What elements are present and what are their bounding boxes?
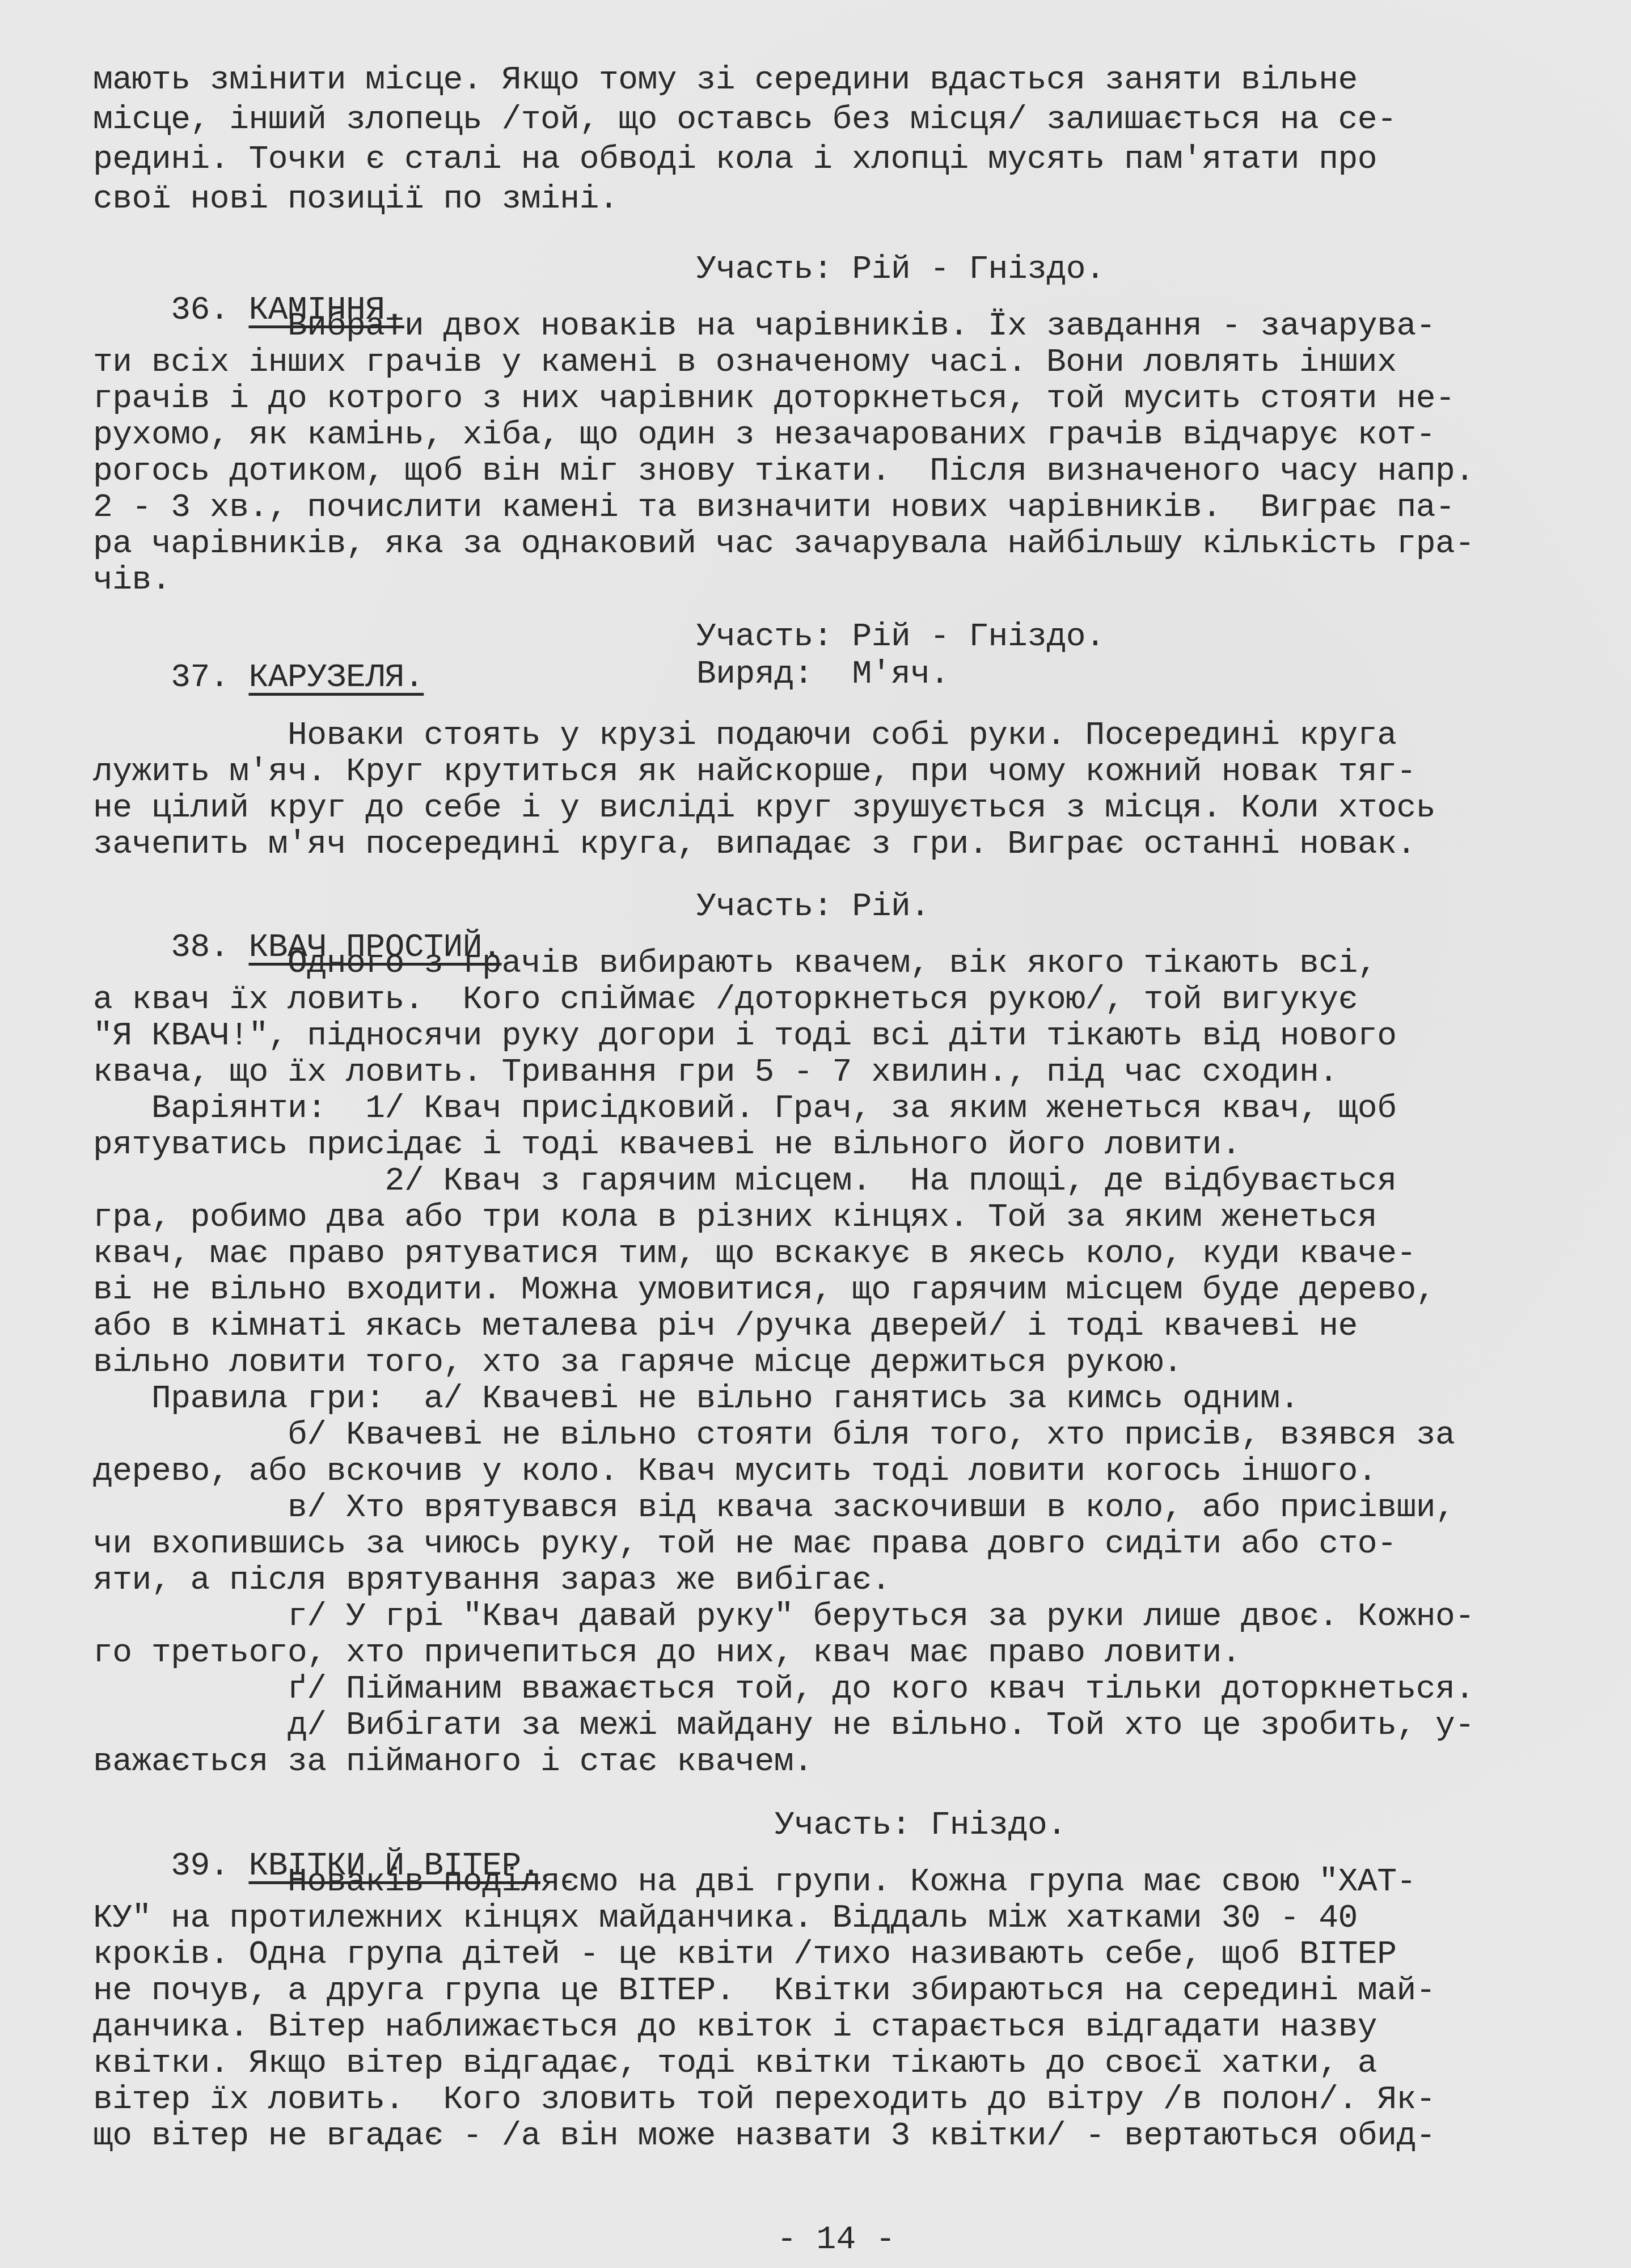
section-participation: Участь: Рій. xyxy=(696,887,930,928)
intro-line: місце, інший злопець /той, що оставсь бе… xyxy=(93,100,1396,141)
section-participation: Участь: Рій - Гніздо. xyxy=(696,617,1105,658)
section-line: Правила гри: а/ Квачеві не вільно ганяти… xyxy=(93,1379,1299,1420)
section-line: а квач їх ловить. Кого спіймає /доторкне… xyxy=(93,980,1358,1021)
section-line: Вибрати двох новаків на чарівників. Їх з… xyxy=(93,306,1435,347)
section-line: вільно ловити того, хто за гаряче місце … xyxy=(93,1343,1182,1383)
section-line: го третього, хто причепиться до них, ква… xyxy=(93,1633,1241,1674)
section-line: важається за пійманого і стає квачем. xyxy=(93,1742,813,1783)
section-line: Новаки стоять у крузі подаючи собі руки.… xyxy=(93,716,1396,756)
section-line: зачепить м'яч посередині круга, випадає … xyxy=(93,824,1416,865)
intro-line: редині. Точки є сталі на обводі кола і х… xyxy=(93,139,1377,180)
section-line: що вітер не вгадає - /а він може назвати… xyxy=(93,2116,1435,2157)
section-line: рогось дотиком, щоб він міг знову тікати… xyxy=(93,451,1474,492)
section-line: ві не вільно входити. Можна умовитися, щ… xyxy=(93,1270,1435,1311)
section-line: 2 - 3 хв., почислити камені та визначити… xyxy=(93,488,1455,528)
section-line: дерево, або вскочив у коло. Квач мусить … xyxy=(93,1452,1377,1492)
section-line: рятуватись присідає і тоді квачеві не ві… xyxy=(93,1125,1241,1166)
section-line: б/ Квачеві не вільно стояти біля того, х… xyxy=(93,1415,1455,1456)
section-equipment: Виряд: М'яч. xyxy=(696,654,949,695)
section-line: 2/ Квач з гарячим місцем. На площі, де в… xyxy=(93,1161,1396,1202)
section-line: чів. xyxy=(93,560,171,601)
section-line: або в кімнаті якась металева річ /ручка … xyxy=(93,1306,1358,1347)
page-number: - 14 - xyxy=(777,2220,895,2261)
section-line: не цілий круг до себе і у висліді круг з… xyxy=(93,788,1435,829)
section-line: яти, а після врятування зараз же вибігає… xyxy=(93,1560,891,1601)
section-line: данчика. Вітер наближається до квіток і … xyxy=(93,2007,1377,2048)
intro-line: мають змінити місце. Якщо тому зі середи… xyxy=(93,60,1358,101)
section-line: кроків. Одна група дітей - це квіти /тих… xyxy=(93,1935,1396,1975)
section-number: 37. xyxy=(171,659,229,696)
section-line: рухомо, як камінь, хіба, що один з незач… xyxy=(93,415,1435,456)
section-line: Новаків поділяємо на дві групи. Кожна гр… xyxy=(93,1862,1416,1903)
section-line: квач, має право рятуватися тим, що вскак… xyxy=(93,1234,1416,1275)
section-line: г/ У грі "Квач давай руку" беруться за р… xyxy=(93,1597,1474,1637)
section-line: КУ" на протилежних кінцях майданчика. Ві… xyxy=(93,1898,1358,1939)
section-line: "Я КВАЧ!", підносячи руку догори і тоді … xyxy=(93,1016,1396,1057)
section-line: вітер їх ловить. Кого зловить той перехо… xyxy=(93,2080,1435,2121)
section-line: в/ Хто врятувався від квача заскочивши в… xyxy=(93,1488,1455,1529)
section-line: чи вхопившись за чиюсь руку, той не має … xyxy=(93,1524,1396,1565)
section-line: Одного з грачів вибирають квачем, вік як… xyxy=(93,943,1377,984)
section-participation: Участь: Рій - Гніздо. xyxy=(696,249,1105,290)
section-line: гра, робимо два або три кола в різних кі… xyxy=(93,1198,1377,1238)
section-line: квача, що їх ловить. Тривання гри 5 - 7 … xyxy=(93,1052,1338,1093)
section-line: Варіянти: 1/ Квач присідковий. Грач, за … xyxy=(93,1089,1396,1129)
section-line: лужить м'яч. Круг крутиться як найскорше… xyxy=(93,752,1416,793)
section-line: д/ Вибігати за межі майдану не вільно. Т… xyxy=(93,1706,1474,1746)
section-line: грачів і до котрого з них чарівник дотор… xyxy=(93,379,1455,420)
section-participation: Участь: Гніздо. xyxy=(775,1805,1067,1846)
intro-line: свої нові позиції по зміні. xyxy=(93,179,618,220)
section-title: КАРУЗЕЛЯ. xyxy=(248,659,424,696)
section-line: ти всіх інших грачів у камені в означено… xyxy=(93,342,1396,383)
section-line: ра чарівників, яка за однаковий час зача… xyxy=(93,524,1474,565)
section-line: не почув, а друга група це ВІТЕР. Квітки… xyxy=(93,1971,1435,2012)
section-line: квітки. Якщо вітер відгадає, тоді квітки… xyxy=(93,2043,1377,2084)
section-line: ґ/ Пійманим вважається той, до кого квач… xyxy=(93,1669,1474,1710)
document-page: мають змінити місце. Якщо тому зі середи… xyxy=(0,0,1631,2268)
